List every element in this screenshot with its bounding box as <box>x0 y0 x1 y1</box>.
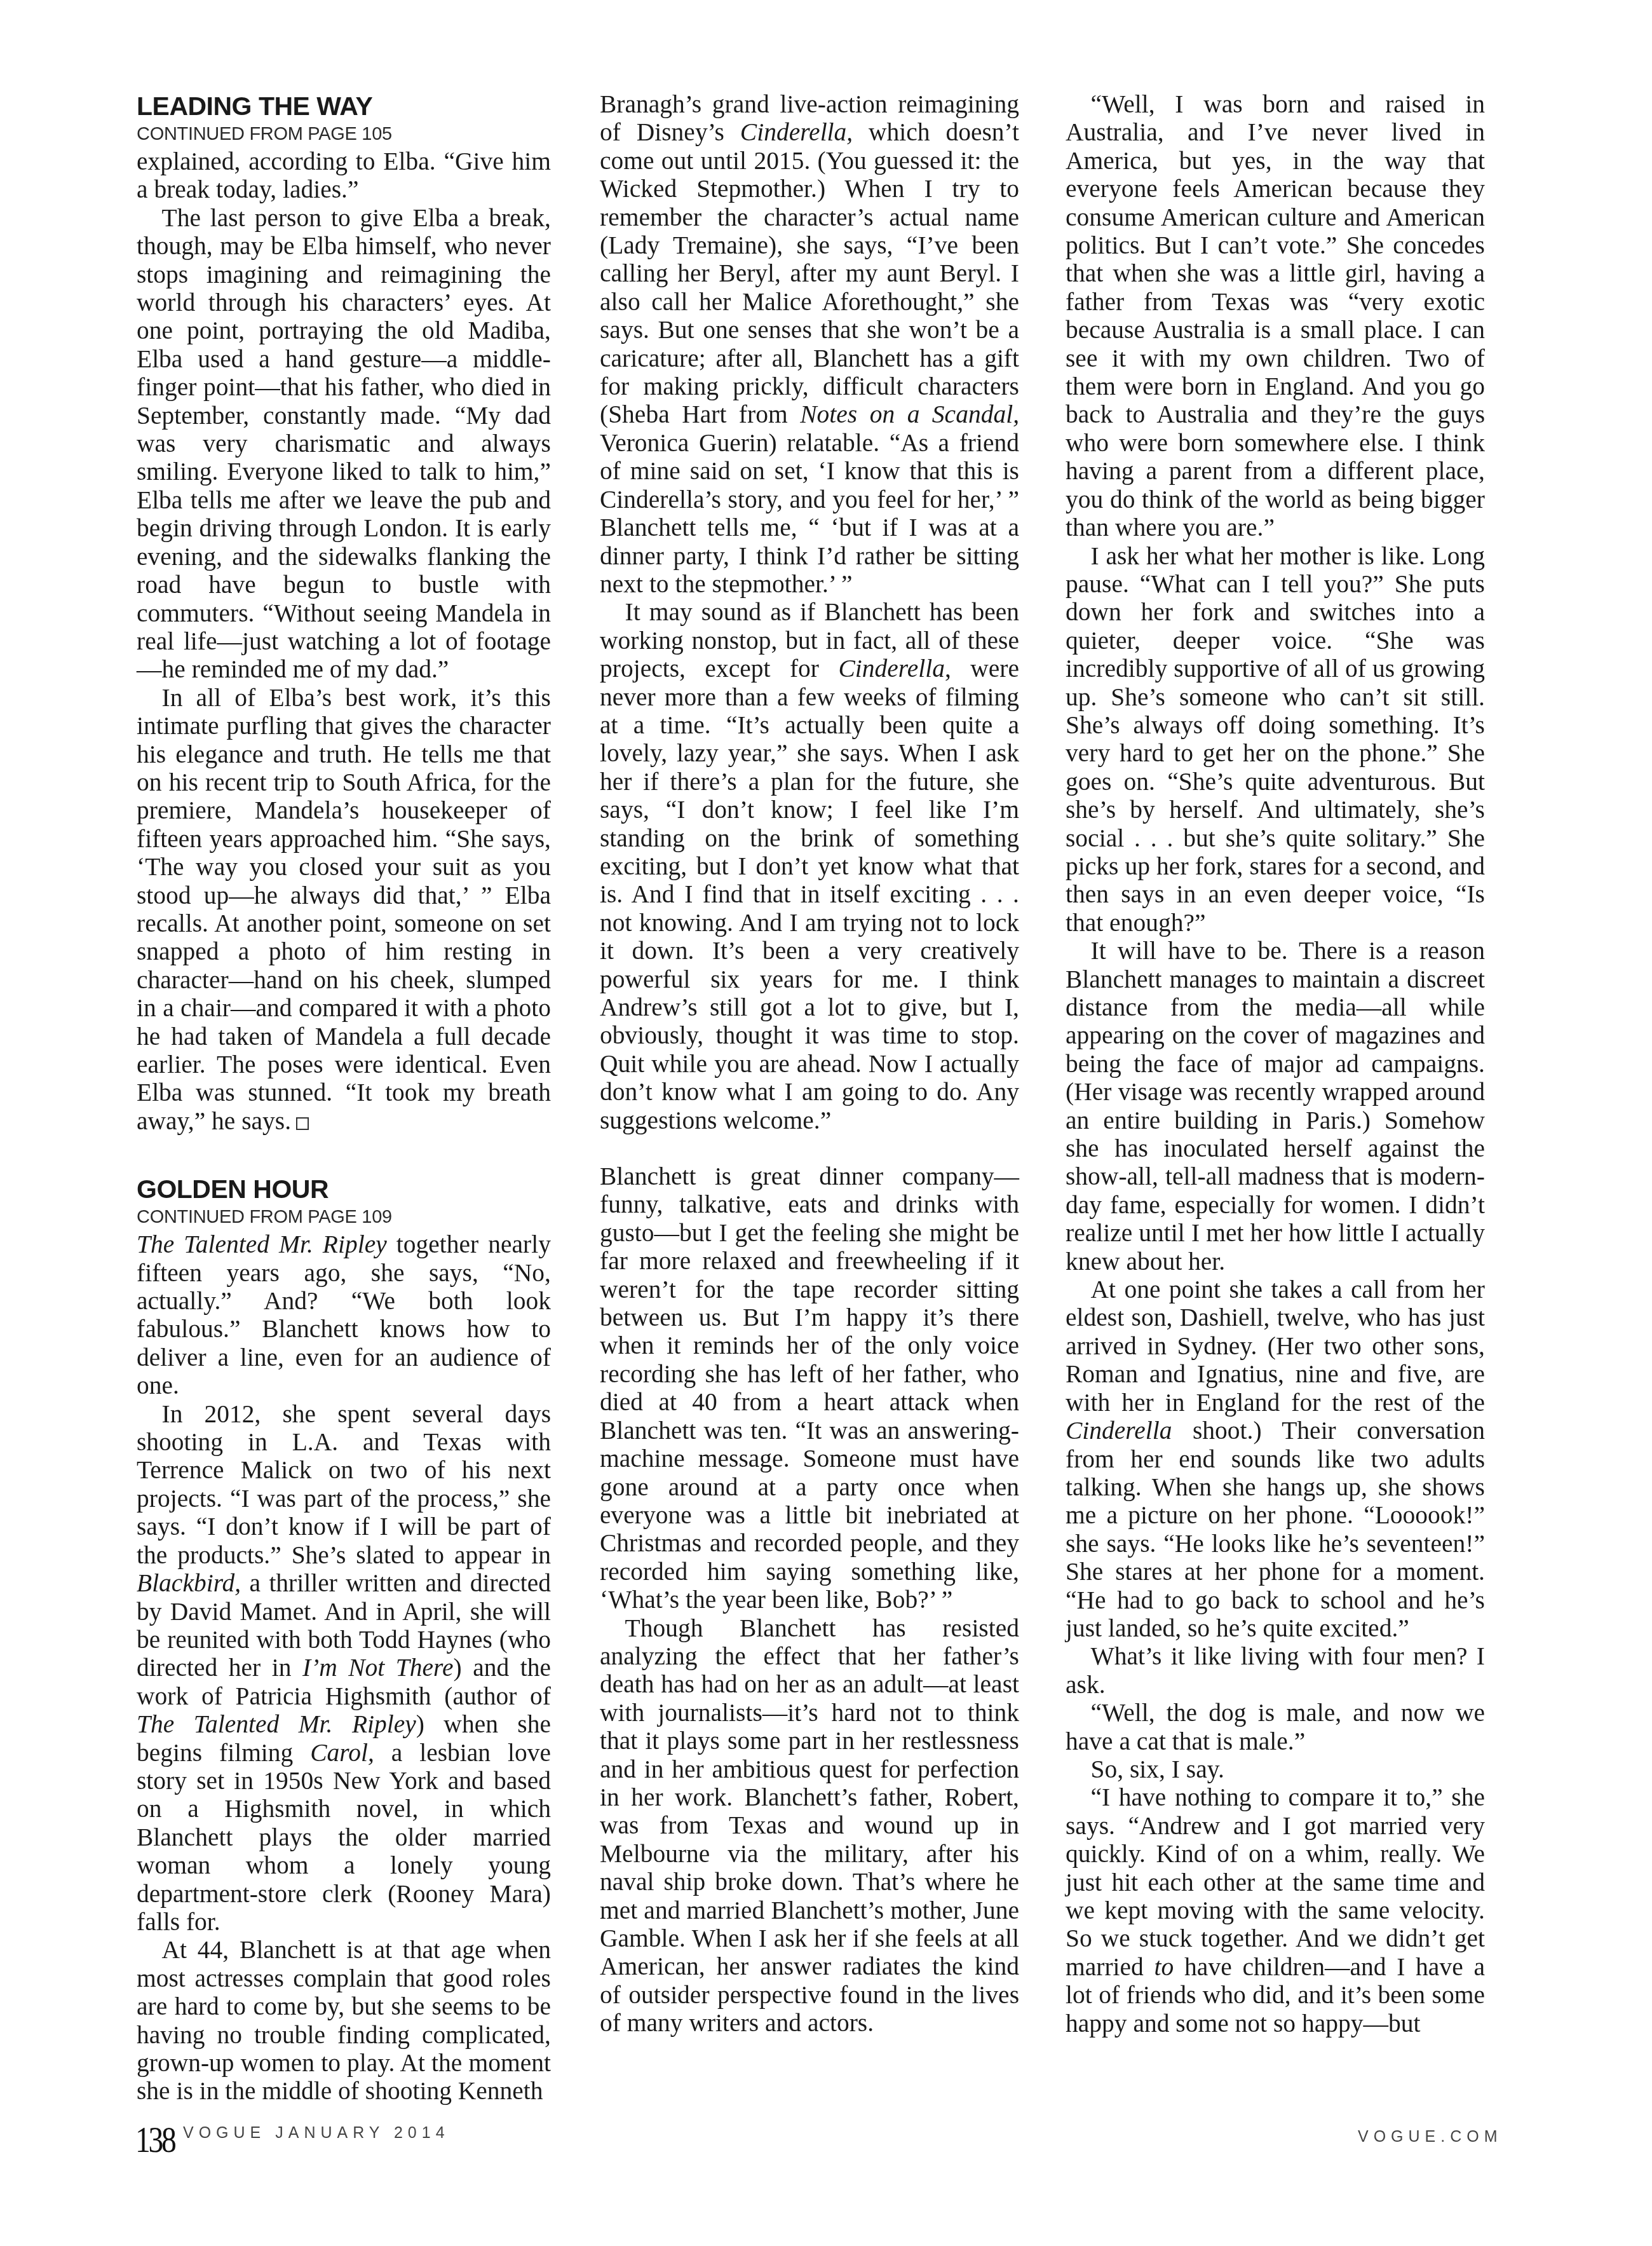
continued-from-label: CONTINUED FROM PAGE 105 <box>137 122 551 146</box>
column-1: LEADING THE WAY CONTINUED FROM PAGE 105 … <box>137 90 551 2106</box>
paragraph: Though Blanchett has resisted analyzing … <box>600 1614 1019 2038</box>
section-heading-golden-hour: GOLDEN HOUR <box>137 1173 551 1205</box>
paragraph: “Well, I was born and raised in Australi… <box>1066 90 1485 542</box>
paragraph: What’s it like living with four men? I a… <box>1066 1642 1485 1699</box>
paragraph-text: “I have nothing to compare it to,” she s… <box>1066 1783 1485 1980</box>
paragraph: In 2012, she spent several days shooting… <box>137 1400 551 1936</box>
site-url: VOGUE.COM <box>1358 2128 1503 2146</box>
issue-label: VOGUE JANUARY 2014 <box>183 2124 450 2142</box>
paragraph: I ask her what her mother is like. Long … <box>1066 542 1485 937</box>
paragraph-text: , were never more than a few weeks of fi… <box>600 655 1019 1134</box>
paragraph-text: which doesn’t come out until 2015. (You … <box>600 118 1019 428</box>
paragraph: explained, according to Elba. “Give him … <box>137 147 551 204</box>
film-title: Cinderella, <box>740 118 853 146</box>
book-title: The Talented Mr. Ripley <box>137 1710 416 1738</box>
paragraph: The Talented Mr. Ripley together nearly … <box>137 1230 551 1399</box>
paragraph-text: In all of Elba’s best work, it’s this in… <box>137 684 551 1135</box>
end-of-article-square-icon <box>296 1117 309 1130</box>
film-title: Carol, <box>310 1739 374 1767</box>
column-2: Branagh’s grand live-action reimagining … <box>600 90 1019 2038</box>
paragraph: So, six, I say. <box>1066 1755 1485 1783</box>
paragraph: At 44, Blanchett is at that age when mos… <box>137 1936 551 2105</box>
film-title: Cinderella <box>838 655 945 683</box>
page-footer-left: 138 VOGUE JANUARY 2014 <box>135 2124 450 2156</box>
paragraph: The last person to give Elba a break, th… <box>137 204 551 684</box>
paragraph-text: At one point she takes a call from her e… <box>1066 1276 1485 1417</box>
section-heading-leading-the-way: LEADING THE WAY <box>137 90 551 122</box>
page-number: 138 <box>135 2124 175 2156</box>
film-title: Blackbird, <box>137 1569 241 1597</box>
paragraph: “I have nothing to compare it to,” she s… <box>1066 1783 1485 2038</box>
paragraph-text: a lesbian love story set in 1950s New Yo… <box>137 1739 551 1936</box>
continued-from-label: CONTINUED FROM PAGE 109 <box>137 1205 551 1229</box>
film-title: The Talented Mr. Ripley <box>137 1230 387 1258</box>
paragraph: It will have to be. There is a reason Bl… <box>1066 937 1485 1276</box>
film-title: I’m Not There <box>302 1654 454 1682</box>
column-3: “Well, I was born and raised in Australi… <box>1066 90 1485 2038</box>
film-title: Notes on a Scandal, <box>800 400 1019 428</box>
paragraph-text: In 2012, she spent several days shooting… <box>137 1400 551 1569</box>
paragraph-text: shoot.) Their conversation from her end … <box>1066 1417 1485 1642</box>
paragraph: Blanchett is great dinner company—funny,… <box>600 1162 1019 1614</box>
emphasis: to <box>1154 1953 1174 1981</box>
paragraph: At one point she takes a call from her e… <box>1066 1276 1485 1642</box>
paragraph: “Well, the dog is male, and now we have … <box>1066 1699 1485 1755</box>
paragraph-text: Veronica Guerin) relatable. “As a friend… <box>600 429 1019 598</box>
film-title: Cinderella <box>1066 1417 1172 1445</box>
paragraph: It may sound as if Blanchett has been wo… <box>600 598 1019 1134</box>
paragraph: Branagh’s grand live-action reimagining … <box>600 90 1019 598</box>
paragraph: In all of Elba’s best work, it’s this in… <box>137 684 551 1136</box>
